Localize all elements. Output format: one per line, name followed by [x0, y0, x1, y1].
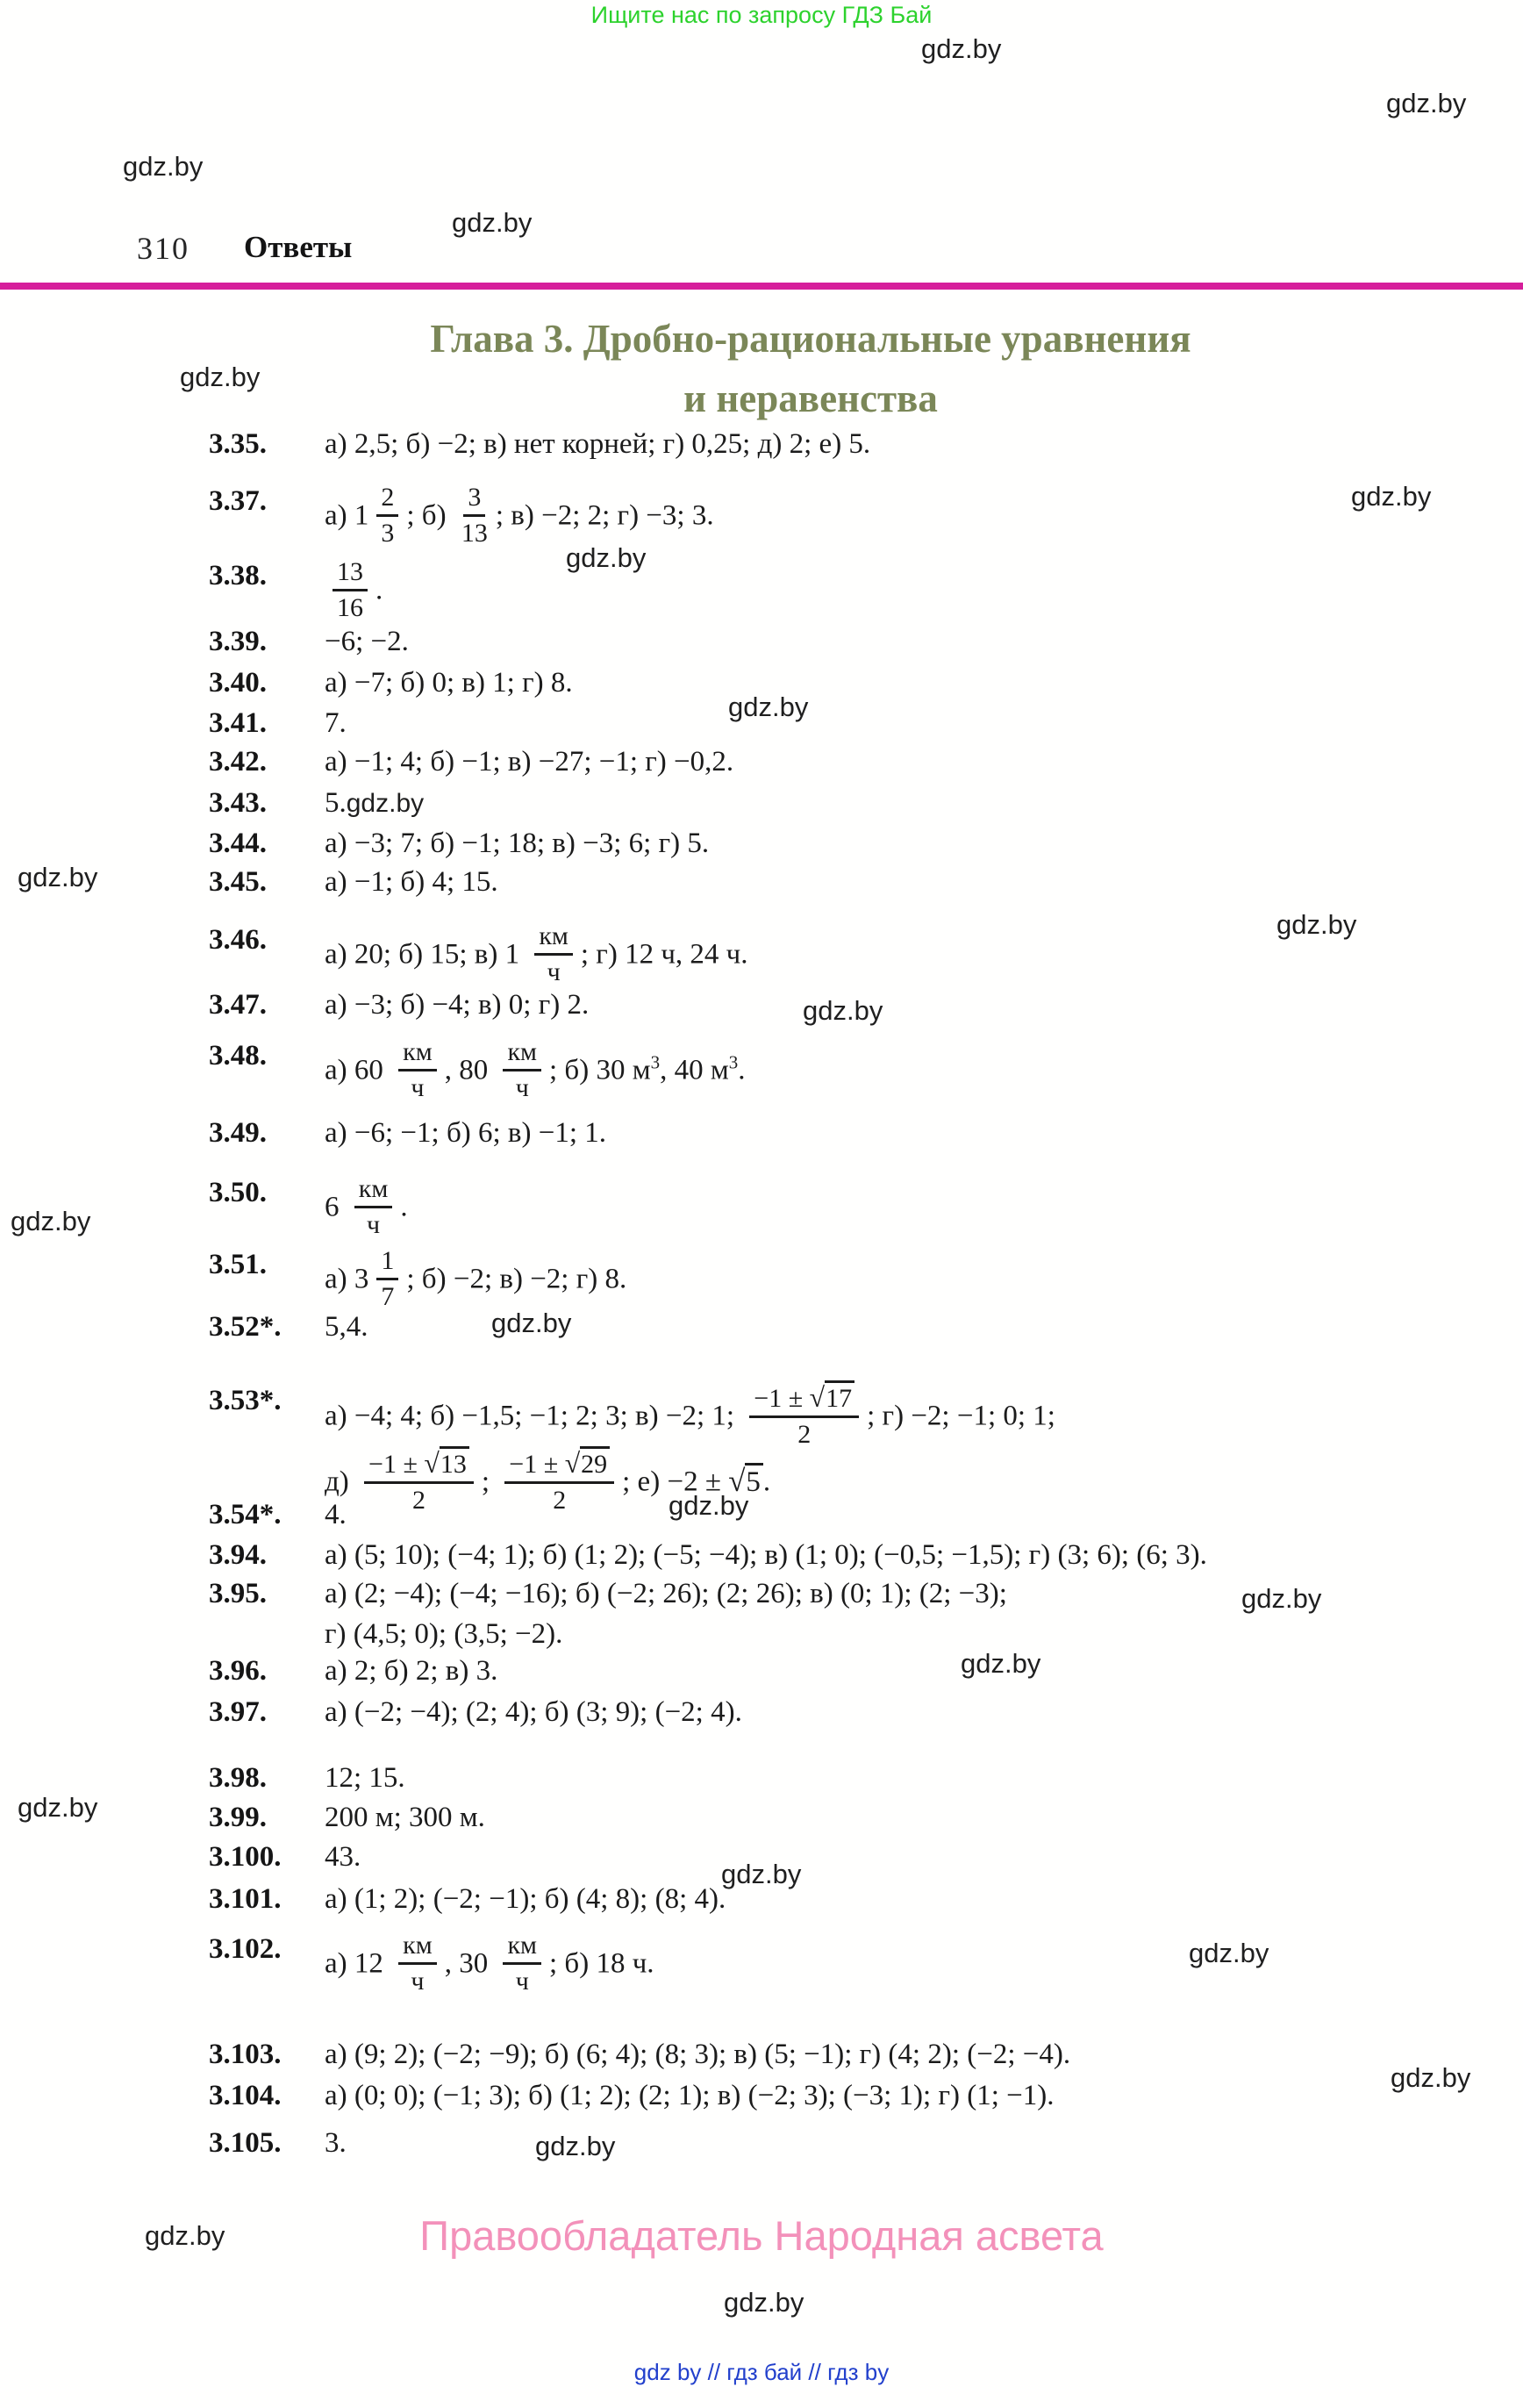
answer-number: 3.53*.: [209, 1385, 282, 1417]
superscript: 3: [651, 1052, 661, 1073]
copyright-notice: Правообладатель Народная асвета: [0, 2211, 1523, 2260]
gdzby-watermark: gdz.by: [724, 2287, 804, 2318]
answer-body: а) 123; б) 313; в) −2; 2; г) −3; 3.: [325, 485, 714, 550]
answer-text: , 30: [445, 1948, 496, 1980]
answer-text: ;: [482, 1466, 497, 1498]
fraction: кмч: [534, 921, 573, 986]
gdzby-watermark: gdz.by: [452, 207, 532, 239]
chapter-title: Глава 3. Дробно-рациональные уравнения и…: [209, 309, 1412, 428]
answer-body: а) (9; 2); (−2; −9); б) (6; 4); (8; 3); …: [325, 2039, 1070, 2071]
answer-text: а) −1; 4; б) −1; в) −27; −1; г) −0,2.: [325, 746, 733, 778]
answer-body: а) 60 кмч, 80 кмч; б) 30 м3, 40 м3.: [325, 1040, 746, 1105]
answer-body: 12; 15.: [325, 1762, 405, 1795]
radical: √29: [565, 1450, 610, 1479]
gdzby-watermark: gdz.by: [347, 789, 424, 818]
answer-number: 3.99.: [209, 1802, 267, 1834]
answer-text: 4.: [325, 1499, 347, 1530]
answer-text: ; е): [622, 1466, 667, 1498]
answer-body: 4.: [325, 1499, 347, 1531]
answer-text: а) 3: [325, 1264, 368, 1295]
chapter-title-line1: Глава 3. Дробно-рациональные уравнения: [209, 309, 1412, 369]
answer-number: 3.43.: [209, 787, 267, 820]
answer-number: 3.46.: [209, 924, 267, 957]
fraction: −1 ± √172: [749, 1382, 859, 1449]
radical: √13: [424, 1450, 468, 1479]
answer-number: 3.49.: [209, 1117, 267, 1150]
answer-text: .: [738, 1055, 745, 1086]
answer-number: 3.41.: [209, 707, 267, 740]
answer-body: а) −3; б) −4; в) 0; г) 2.: [325, 989, 589, 1021]
answer-text: ; в) −2; 2; г) −3; 3.: [496, 500, 714, 532]
answer-number: 3.51.: [209, 1249, 267, 1281]
superscript: 3: [729, 1052, 739, 1073]
answer-number: 3.50.: [209, 1177, 267, 1209]
answer-number: 3.52*.: [209, 1311, 282, 1344]
fraction: −1 ± √292: [504, 1448, 614, 1515]
answer-text: а) (5; 10); (−4; 1); б) (1; 2); (−5; −4)…: [325, 1539, 1207, 1571]
answer-text: а) −1; б) 4; 15.: [325, 866, 498, 898]
gdzby-watermark: gdz.by: [1276, 909, 1356, 941]
answer-body: а) 20; б) 15; в) 1 кмч; г) 12 ч, 24 ч.: [325, 924, 748, 989]
answer-number: 3.39.: [209, 626, 267, 658]
fraction: 23: [376, 483, 398, 548]
gdzby-watermark: gdz.by: [803, 995, 883, 1027]
answer-number: 3.45.: [209, 866, 267, 899]
answer-text: 5.: [325, 787, 347, 819]
answer-text: ; б) −2; в) −2; г) 8.: [406, 1264, 626, 1295]
radical: √5: [728, 1466, 763, 1498]
fraction: −1 ± √132: [364, 1448, 474, 1515]
gdzby-watermark: gdz.by: [961, 1648, 1040, 1680]
radical: √17: [810, 1384, 854, 1413]
gdzby-watermark: gdz.by: [728, 692, 808, 723]
answer-body: а) (0; 0); (−1; 3); б) (1; 2); (2; 1); в…: [325, 2080, 1055, 2112]
answer-text: а) 2,5; б) −2; в) нет корней; г) 0,25; д…: [325, 428, 870, 460]
answer-text: 7.: [325, 707, 347, 739]
gdzby-watermark: gdz.by: [18, 862, 97, 893]
answer-text: а) −4; 4; б) −1,5; −1; 2; 3; в) −2; 1;: [325, 1401, 741, 1432]
answer-text: а) (−2; −4); (2; 4); б) (3; 9); (−2; 4).: [325, 1696, 742, 1728]
answer-text: .: [375, 575, 383, 606]
answer-number: 3.38.: [209, 560, 267, 592]
answer-body: а) (2; −4); (−4; −16); б) (−2; 26); (2; …: [325, 1578, 1007, 1610]
answer-body: 200 м; 300 м.: [325, 1802, 485, 1834]
answer-text: ; б) 18 ч.: [549, 1948, 654, 1980]
gdzby-watermark: gdz.by: [1391, 2062, 1470, 2094]
answer-number: 3.42.: [209, 746, 267, 778]
answer-number: 3.48.: [209, 1040, 267, 1072]
answer-text: ; б): [406, 500, 453, 532]
answer-number: 3.100.: [209, 1841, 282, 1874]
answer-body: а) 2,5; б) −2; в) нет корней; г) 0,25; д…: [325, 428, 870, 461]
answer-body: 5.gdz.by: [325, 787, 424, 820]
answer-body: 1316.: [325, 560, 383, 625]
fraction: кмч: [503, 1931, 541, 1996]
answer-body: а) −3; 7; б) −1; 18; в) −3; 6; г) 5.: [325, 828, 709, 860]
answer-body: а) 2; б) 2; в) 3.: [325, 1655, 497, 1688]
answer-text: а) 12: [325, 1948, 390, 1980]
answer-number: 3.96.: [209, 1655, 267, 1688]
answer-number: 3.101.: [209, 1883, 282, 1916]
answer-text: а) (9; 2); (−2; −9); б) (6; 4); (8; 3); …: [325, 2039, 1070, 2070]
fraction: кмч: [398, 1931, 437, 1996]
answer-text: 5,4.: [325, 1311, 368, 1343]
answer-body: 3.: [325, 2127, 347, 2160]
gdzby-watermark: gdz.by: [11, 1206, 90, 1237]
answer-body: г) (4,5; 0); (3,5; −2).: [325, 1618, 562, 1651]
answer-body: д) −1 ± √132; −1 ± √292; е) −2 ± √5.: [325, 1451, 770, 1517]
answer-text: а) 1: [325, 500, 368, 532]
gdzby-watermark: gdz.by: [1189, 1938, 1269, 1969]
answer-text: г) (4,5; 0); (3,5; −2).: [325, 1618, 562, 1650]
answer-number: 3.98.: [209, 1762, 267, 1795]
answer-body: а) −4; 4; б) −1,5; −1; 2; 3; в) −2; 1; −…: [325, 1385, 1055, 1451]
answer-body: а) (5; 10); (−4; 1); б) (1; 2); (−5; −4)…: [325, 1539, 1207, 1572]
book-page: Ищите нас по запросу ГДЗ Бай gdz.bygdz.b…: [0, 0, 1523, 2408]
answer-text: , 80: [445, 1055, 496, 1086]
answer-number: 3.95.: [209, 1578, 267, 1610]
answer-text: а) (1; 2); (−2; −1); б) (4; 8); (8; 4).: [325, 1883, 726, 1915]
answer-text: 200 м; 300 м.: [325, 1802, 485, 1833]
answer-number: 3.103.: [209, 2039, 282, 2071]
answer-text: .: [400, 1192, 407, 1223]
answer-text: 3.: [325, 2127, 347, 2159]
page-number: 310: [137, 230, 189, 267]
gdzby-watermark: gdz.by: [1386, 88, 1466, 119]
running-header-title: Ответы: [244, 230, 352, 265]
answer-number: 3.37.: [209, 485, 267, 518]
answer-text: ; б) 30 м: [549, 1055, 651, 1086]
answer-text: а) (2; −4); (−4; −16); б) (−2; 26); (2; …: [325, 1578, 1007, 1609]
gdzby-watermark: gdz.by: [1351, 481, 1431, 512]
answer-number: 3.40.: [209, 667, 267, 699]
gdzby-watermark: gdz.by: [721, 1859, 801, 1890]
footer-links[interactable]: gdz by // гдз бай // гдз by: [0, 2359, 1523, 2386]
answer-number: 3.94.: [209, 1539, 267, 1572]
answer-text: а) (0; 0); (−1; 3); б) (1; 2); (2; 1); в…: [325, 2080, 1055, 2111]
answer-body: а) −1; б) 4; 15.: [325, 866, 498, 899]
gdzby-watermark: gdz.by: [1241, 1583, 1321, 1615]
promo-banner: Ищите нас по запросу ГДЗ Бай: [0, 2, 1523, 29]
answer-body: а) 12 кмч, 30 кмч; б) 18 ч.: [325, 1933, 654, 1998]
answer-text: , 40 м: [660, 1055, 729, 1086]
answer-number: 3.102.: [209, 1933, 282, 1966]
answer-body: а) (1; 2); (−2; −1); б) (4; 8); (8; 4).: [325, 1883, 726, 1916]
answer-text: а) −7; б) 0; в) 1; г) 8.: [325, 667, 573, 699]
answer-body: 6 кмч.: [325, 1177, 408, 1242]
gdzby-watermark: gdz.by: [535, 2131, 615, 2162]
answer-body: а) −7; б) 0; в) 1; г) 8.: [325, 667, 573, 699]
answer-text: ; г) −2; −1; 0; 1;: [867, 1401, 1055, 1432]
gdzby-watermark: gdz.by: [18, 1792, 97, 1824]
answer-body: а) −1; 4; б) −1; в) −27; −1; г) −0,2.: [325, 746, 733, 778]
answer-body: а) (−2; −4); (2; 4); б) (3; 9); (−2; 4).: [325, 1696, 742, 1729]
answer-text: а) −3; 7; б) −1; 18; в) −3; 6; г) 5.: [325, 828, 709, 859]
answer-text: а) 20; б) 15; в) 1: [325, 939, 526, 971]
fraction: кмч: [354, 1174, 393, 1239]
answer-text: 43.: [325, 1841, 361, 1873]
fraction: 17: [376, 1246, 398, 1311]
answer-text: а) −3; б) −4; в) 0; г) 2.: [325, 989, 589, 1021]
answer-text: 6: [325, 1192, 347, 1223]
answer-number: 3.44.: [209, 828, 267, 860]
answer-number: 3.104.: [209, 2080, 282, 2112]
answer-text: .: [763, 1466, 770, 1498]
answer-text: −6; −2.: [325, 626, 409, 657]
answer-text: а) −6; −1; б) 6; в) −1; 1.: [325, 1117, 606, 1149]
fraction: 1316: [332, 557, 368, 622]
fraction: кмч: [398, 1037, 437, 1102]
answer-number: 3.54*.: [209, 1499, 282, 1531]
answer-number: 3.47.: [209, 989, 267, 1021]
answer-body: 43.: [325, 1841, 361, 1874]
gdzby-watermark: gdz.by: [921, 33, 1001, 65]
fraction: кмч: [503, 1037, 541, 1102]
chapter-title-line2: и неравенства: [209, 369, 1412, 428]
answer-number: 3.105.: [209, 2127, 282, 2160]
answer-text: а) 60: [325, 1055, 390, 1086]
answer-number: 3.97.: [209, 1696, 267, 1729]
answer-body: 7.: [325, 707, 347, 740]
answer-body: а) 317; б) −2; в) −2; г) 8.: [325, 1249, 626, 1314]
answer-body: −6; −2.: [325, 626, 409, 658]
answer-body: 5,4.: [325, 1311, 368, 1344]
gdzby-watermark: gdz.by: [123, 151, 203, 183]
answer-text: а) 2; б) 2; в) 3.: [325, 1655, 497, 1687]
fraction: 313: [461, 483, 488, 548]
answer-body: а) −6; −1; б) 6; в) −1; 1.: [325, 1117, 606, 1150]
answer-text: д): [325, 1466, 356, 1498]
sqrt-expression: −2 ± √5: [667, 1466, 762, 1498]
answer-text: 12; 15.: [325, 1762, 405, 1794]
header-rule: [0, 283, 1523, 290]
answer-number: 3.35.: [209, 428, 267, 461]
answer-text: ; г) 12 ч, 24 ч.: [581, 939, 748, 971]
